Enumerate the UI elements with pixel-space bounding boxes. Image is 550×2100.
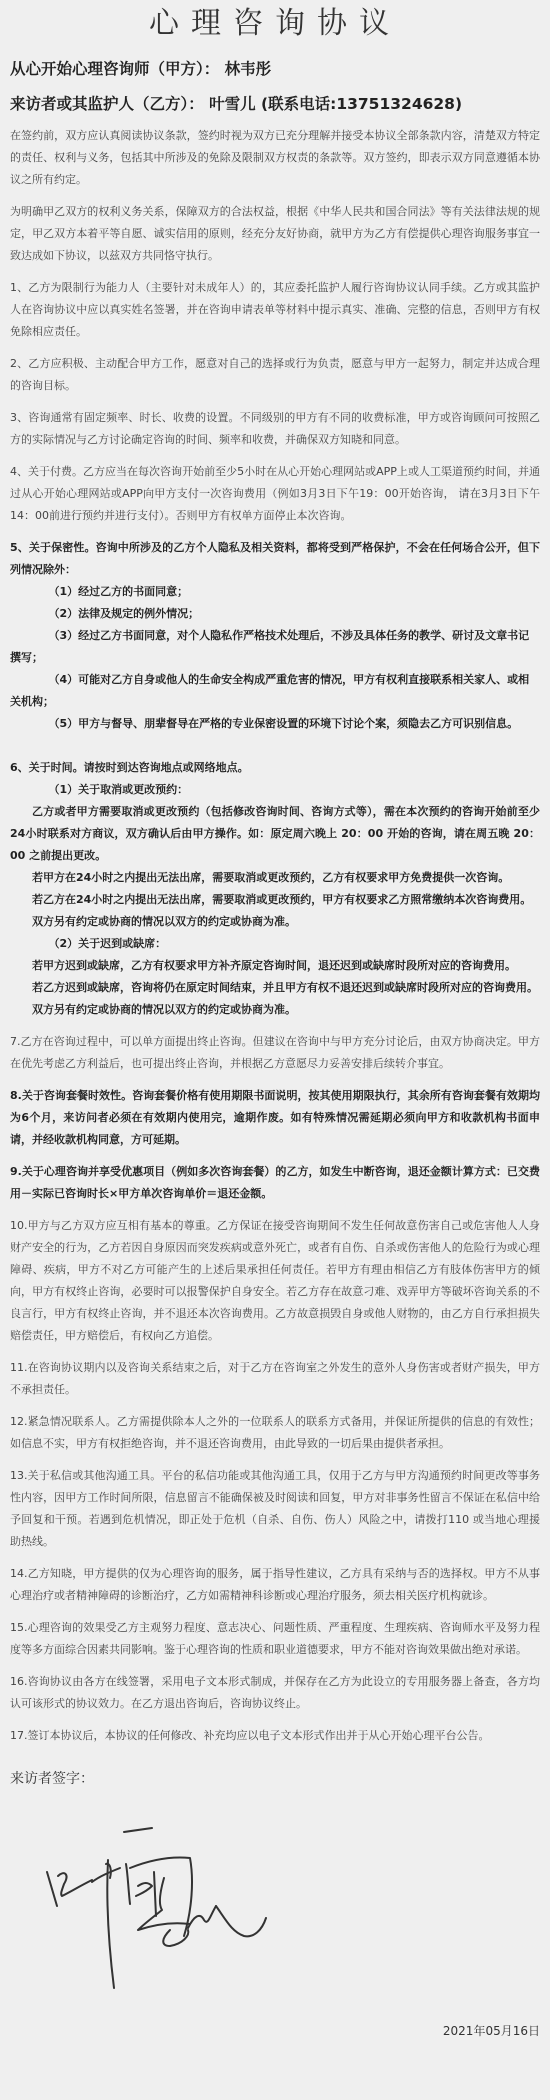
clause-5-item: （3）经过乙方书面同意，对个人隐私作严格技术处理后，不涉及具体任务的教学、研讨及… (10, 625, 540, 669)
clause-6-sub1-p3: 若乙方在24小时之内提出无法出席，需要取消或更改预约，甲方有权要求乙方照常缴纳本… (10, 889, 540, 911)
party-b: 来访者或其监护人（乙方）： 叶雪儿 (联系电话:13751324628) (10, 92, 540, 116)
agreement-page: 心理咨询协议 从心开始心理咨询师（甲方）： 林韦彤 来访者或其监护人（乙方）： … (0, 0, 550, 2100)
clause-6-sub2-p2: 若乙方迟到或缺席，咨询将仍在原定时间结束，并且甲方有权不退还迟到或缺席时段所对应… (10, 977, 540, 999)
clause-6-sub1-p2: 若甲方在24小时之内提出无法出席，需要取消或更改预约，乙方有权要求甲方免费提供一… (10, 867, 540, 889)
signature-label: 来访者签字： (10, 1767, 540, 1791)
clause-5-item: （1）经过乙方的书面同意； (10, 581, 540, 603)
clause-4: 4、关于付费。乙方应当在每次咨询开始前至少5小时在从心开始心理网站或APP上或人… (10, 461, 540, 527)
party-a: 从心开始心理咨询师（甲方）： 林韦彤 (10, 57, 540, 81)
clause-6-sub2-title: （2）关于迟到或缺席： (10, 933, 540, 955)
clause-6-sub2-p3: 双方另有约定或协商的情况以双方的约定或协商为准。 (10, 999, 540, 1021)
clause-2: 2、乙方应积极、主动配合甲方工作，愿意对自己的选择或行为负责，愿意与甲方一起努力… (10, 353, 540, 397)
clause-10: 10.甲方与乙方双方应互相有基本的尊重。乙方保证在接受咨询期间不发生任何故意伤害… (10, 1215, 540, 1347)
clause-7: 7.乙方在咨询过程中，可以单方面提出终止咨询。但建议在咨询中与甲方充分讨论后，由… (10, 1031, 540, 1075)
handwritten-signature-icon (40, 1820, 300, 1990)
clause-9: 9.关于心理咨询并享受优惠项目（例如多次咨询套餐）的乙方，如发生中断咨询，退还金… (10, 1161, 540, 1205)
clause-14: 14.乙方知晓，甲方提供的仅为心理咨询的服务，属于指导性建议，乙方具有采纳与否的… (10, 1563, 540, 1607)
clause-6-sub1-p4: 双方另有约定或协商的情况以双方的约定或协商为准。 (10, 911, 540, 933)
clause-5-item: （5）甲方与督导、朋辈督导在严格的专业保密设置的环境下讨论个案，须隐去乙方可识别… (10, 713, 540, 735)
clause-5-intro: 5、关于保密性。咨询中所涉及的乙方个人隐私及相关资料，都将受到严格保护，不会在任… (10, 537, 540, 581)
clause-12: 12.紧急情况联系人。乙方需提供除本人之外的一位联系人的联系方式备用，并保证所提… (10, 1411, 540, 1455)
clause-8: 8.关于咨询套餐时效性。咨询套餐价格有使用期限书面说明，按其使用期限执行，其余所… (10, 1085, 540, 1151)
clause-6-sub1-p1: 乙方或者甲方需要取消或更改预约（包括修改咨询时间、咨询方式等），需在本次预约的咨… (10, 801, 540, 867)
preamble-1: 在签约前，双方应认真阅读协议条款，签约时视为双方已充分理解并接受本协议全部条款内… (10, 125, 540, 191)
clause-6-intro: 6、关于时间。请按时到达咨询地点或网络地点。 (10, 757, 540, 779)
clause-5-item: （2）法律及规定的例外情况； (10, 603, 540, 625)
clause-16: 16.咨询协议由各方在线签署，采用电子文本形式制成，并保存在乙方为此设立的专用服… (10, 1671, 540, 1715)
clause-3: 3、咨询通常有固定频率、时长、收费的设置。不同级别的甲方有不同的收费标准，甲方或… (10, 407, 540, 451)
clause-5-item: （4）可能对乙方自身或他人的生命安全构成严重危害的情况，甲方有权利直接联系相关家… (10, 669, 540, 713)
clause-6-sub1-title: （1）关于取消或更改预约： (10, 779, 540, 801)
clause-13: 13.关于私信或其他沟通工具。平台的私信功能或其他沟通工具，仅用于乙方与甲方沟通… (10, 1465, 540, 1553)
clause-17: 17.签订本协议后，本协议的任何修改、补充均应以电子文本形式作出并于从心开始心理… (10, 1725, 540, 1747)
signing-date: 2021年05月16日 (443, 2022, 540, 2039)
preamble-2: 为明确甲乙双方的权利义务关系，保障双方的合法权益，根据《中华人民共和国合同法》等… (10, 201, 540, 267)
clause-15: 15.心理咨询的效果受乙方主观努力程度、意志决心、问题性质、严重程度、生理疾病、… (10, 1617, 540, 1661)
document-title: 心理咨询协议 (10, 0, 540, 44)
clause-1: 1、乙方为限制行为能力人（主要针对未成年人）的，其应委托监护人履行咨询协议认同手… (10, 277, 540, 343)
clause-6-sub2-p1: 若甲方迟到或缺席，乙方有权要求甲方补齐原定咨询时间，退还迟到或缺席时段所对应的咨… (10, 955, 540, 977)
clause-11: 11.在咨询协议期内以及咨询关系结束之后，对于乙方在咨询室之外发生的意外人身伤害… (10, 1357, 540, 1401)
